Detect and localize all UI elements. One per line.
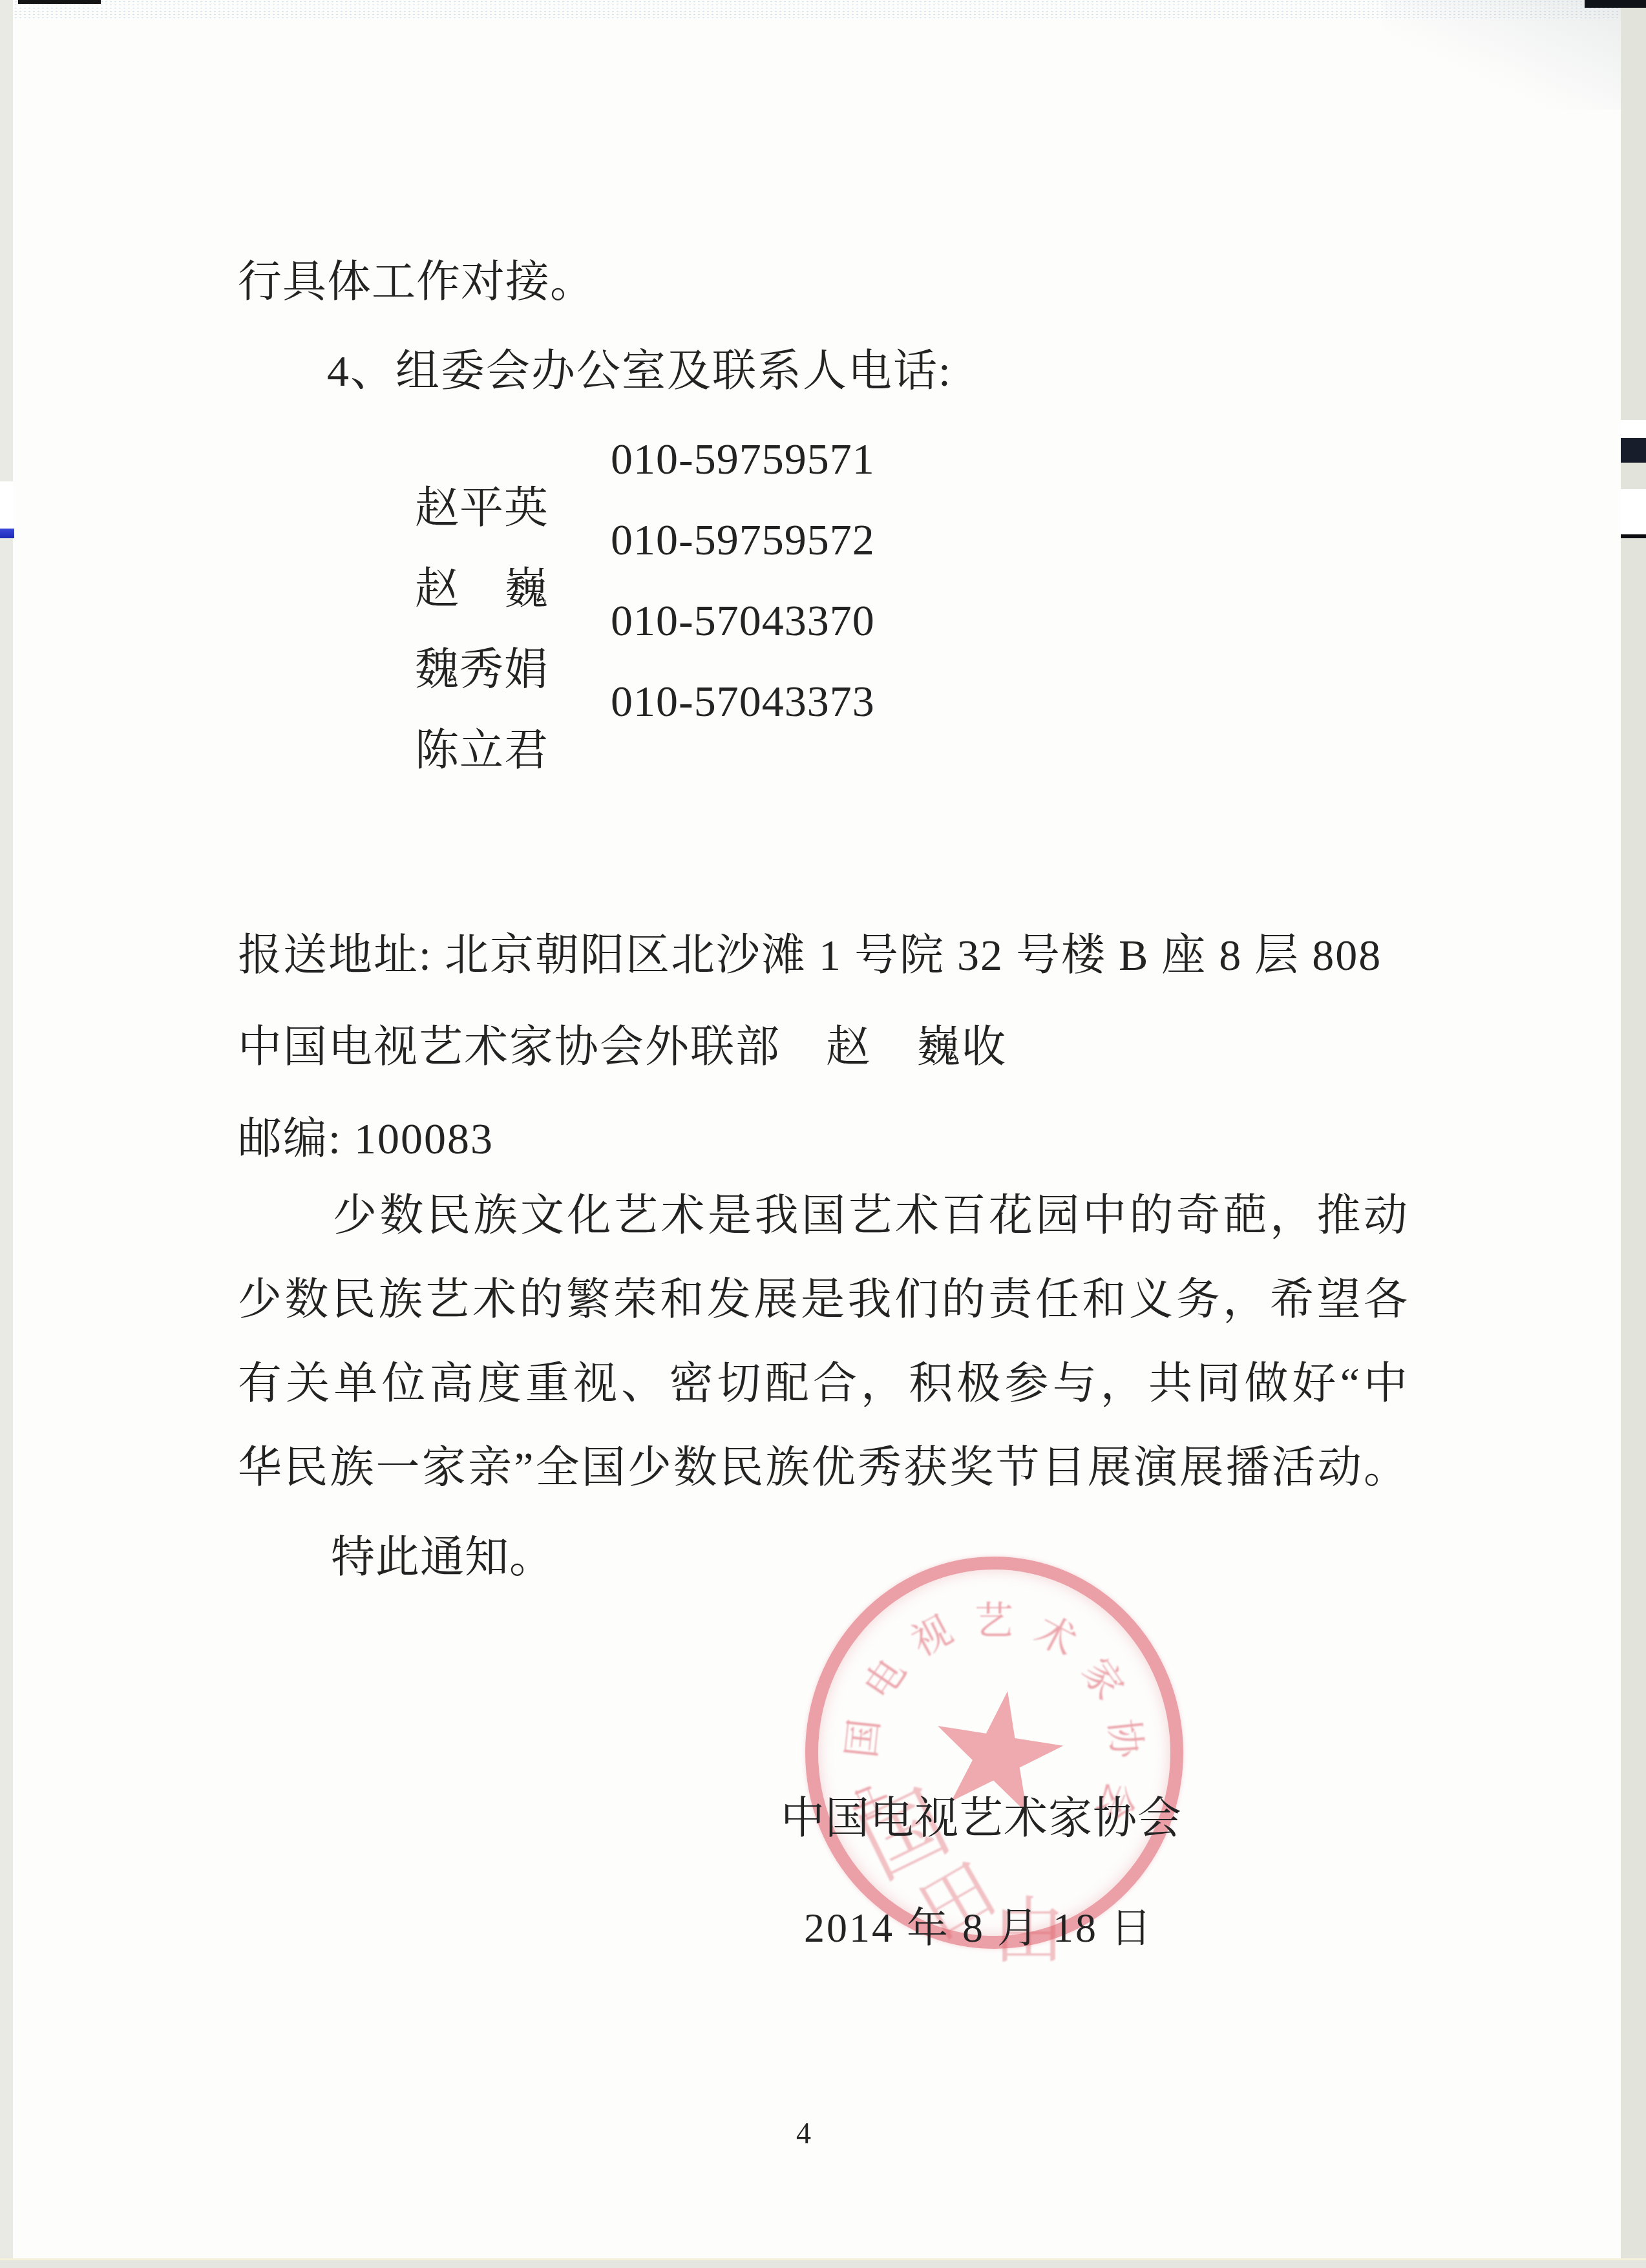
contact-phone: 010-57043370 bbox=[611, 596, 875, 645]
page-number: 4 bbox=[796, 2117, 812, 2150]
scanner-edge-gap bbox=[0, 481, 13, 529]
scan-artifact-bar bbox=[0, 529, 14, 538]
scan-artifact-bar bbox=[1621, 534, 1646, 538]
postal-code-line: 邮编: 100083 bbox=[238, 1114, 494, 1163]
scan-corner-shadow bbox=[1383, 0, 1622, 110]
scan-artifact-bar bbox=[1585, 0, 1646, 8]
scanner-edge-right bbox=[1621, 0, 1646, 2268]
scanned-document-page: 行具体工作对接。 4、组委会办公室及联系人电话: 赵平英 010-5975957… bbox=[0, 0, 1646, 2268]
paragraph-line: 有关单位高度重视、密切配合，积极参与，共同做好“中 bbox=[238, 1359, 1408, 1408]
paragraph-line: 少数民族艺术的繁荣和发展是我们的责任和义务，希望各 bbox=[238, 1275, 1408, 1324]
signature-org: 中国电视艺术家协会 bbox=[781, 1794, 1182, 1843]
scanner-edge-bottom bbox=[0, 2258, 1646, 2268]
paragraph-line: 华民族一家亲”全国少数民族优秀获奖节目展演展播活动。 bbox=[238, 1443, 1408, 1492]
body-line-continuation: 行具体工作对接。 bbox=[238, 257, 595, 306]
address-line-1: 报送地址: 北京朝阳区北沙滩 1 号院 32 号楼 B 座 8 层 808 bbox=[238, 930, 1382, 980]
scanner-edge-gap bbox=[1621, 420, 1646, 438]
address-line-2: 中国电视艺术家协会外联部 赵 巍收 bbox=[238, 1022, 1007, 1071]
contact-phone: 010-59759572 bbox=[611, 515, 875, 564]
scanner-edge-gap bbox=[1621, 489, 1646, 534]
contact-phone: 010-57043373 bbox=[611, 677, 875, 726]
paragraph-line: 少数民族文化艺术是我国艺术百花园中的奇葩，推动 bbox=[333, 1191, 1408, 1240]
scanner-edge-left bbox=[0, 0, 13, 2268]
contact-name: 陈立君 bbox=[415, 726, 558, 775]
contact-phone: 010-59759571 bbox=[611, 434, 875, 483]
closing-line: 特此通知。 bbox=[331, 1533, 554, 1582]
section-heading: 4、组委会办公室及联系人电话: bbox=[327, 346, 952, 395]
official-seal: 中国电视艺术家协会 国田由 bbox=[805, 1557, 1183, 1949]
scan-artifact-bar bbox=[1621, 438, 1646, 463]
scan-artifact-bar bbox=[18, 0, 101, 4]
contact-row: 陈立君 010-57043373 bbox=[368, 677, 1015, 874]
signature-date: 2014 年 8 月 18 日 bbox=[804, 1905, 1154, 1951]
